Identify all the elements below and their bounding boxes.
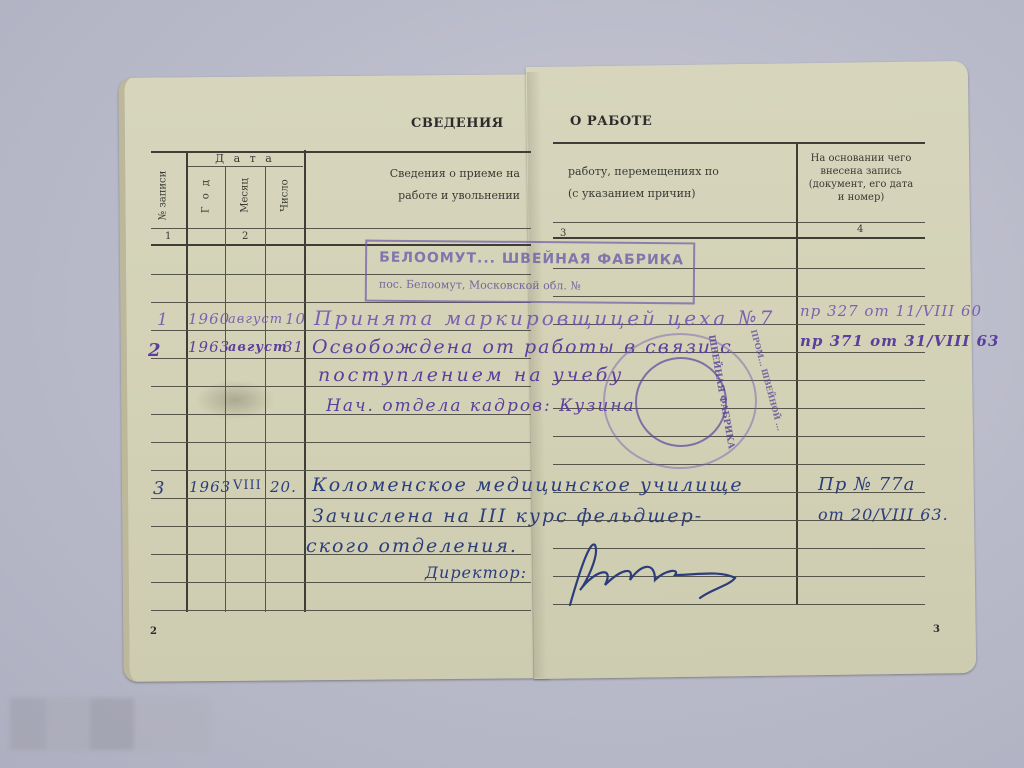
colnum-2: 2 [242,231,248,242]
header-col4-line1: На основании чего [797,152,925,165]
entry-3-basis-line2: от 20/VIII 63. [818,505,949,524]
header-month: Месяц [240,166,251,226]
entry-1-month: август [228,312,283,327]
header-col3-left-line1: Сведения о приеме на [320,166,520,182]
header-record-no: № записи [158,166,169,226]
col-divider-year [225,167,226,612]
entry-3-year: 1963 [189,478,231,496]
entry-2-year: 1963 [188,338,230,356]
row-rule [151,442,531,443]
colnum-4: 4 [857,224,863,235]
row-rule [151,582,531,583]
heading-svedeniya: СВЕДЕНИЯ [411,116,504,131]
entry-1-no: 1 [157,310,169,330]
colnum-3: 3 [560,228,566,239]
page-number-left: 2 [150,626,157,637]
colnum-bottom-rule-right [553,237,925,239]
entry-2-basis: пр 371 от 31/VIII 63 [800,332,999,350]
row-rule [151,610,531,611]
row-rule [553,464,925,465]
entry-2-text-line3: Нач. отдела кадров: Кузина [326,396,636,416]
entry-2-month: август [228,340,288,355]
entry-2-text-line2: поступлением на учебу [318,364,624,386]
entry-3-month: VIII [233,478,262,493]
entry-3-day: 20. [270,478,297,496]
rectangular-stamp: БЕЛООМУТ... ШВЕЙНАЯ ФАБРИКА пос. Белоому… [365,240,696,305]
entry-3-text-line2: Зачислена на III курс фельдшер- [312,505,703,527]
row-rule [151,330,531,331]
table-top-rule-right [553,142,925,144]
blurred-watermark [10,698,210,750]
header-day: Число [280,166,291,226]
row-rule [151,358,531,359]
header-col3-right-line1: работу, перемещениях по [568,164,768,180]
header-col4-line4: и номер) [797,191,925,204]
stamp-line2: пос. Белоомут, Московской обл. № [379,278,581,293]
col-divider-1 [186,152,188,612]
row-rule [151,498,531,499]
colnum-1: 1 [165,231,171,242]
entry-2-no: 2 [148,340,162,361]
header-year: Г о д [201,166,212,226]
stamp-line1: БЕЛООМУТ... ШВЕЙНАЯ ФАБРИКА [379,250,684,269]
entry-3-no: 3 [153,478,165,499]
entry-1-year: 1960 [188,310,230,328]
entry-1-text: Принята маркировщицей цеха №7 [314,306,775,330]
director-signature [560,530,750,610]
entry-1-basis: пр 327 от 11/VIII 60 [800,302,982,320]
page-number-right: 3 [933,624,940,635]
entry-3-text-line1: Коломенское медицинское училище [312,474,744,496]
round-stamp: ШВЕЙНАЯ ФАБРИКА ПРОМ... ШВЕЙНОЙ ... [603,333,757,469]
header-bottom-rule-right [553,222,925,223]
row-rule [151,386,531,387]
entry-1-day: 10 [285,310,306,328]
header-col3-right-line2: (с указанием причин) [568,186,768,202]
entry-2-day: 31 [283,338,304,356]
header-col3-left-line2: работе и увольнении [320,188,520,204]
entry-3-basis-line1: Пр № 77а [818,474,915,495]
header-bottom-rule-left [151,228,531,229]
entry-3-text-line3: ского отделения. [306,535,518,557]
col-divider-month [265,167,266,612]
col-divider-4 [796,142,798,604]
header-col4-line2: внесена запись [797,165,925,178]
row-rule [151,470,531,471]
header-col4-line3: (документ, его дата [797,178,925,191]
entry-3-text-line4: Директор: [425,563,527,582]
heading-o-rabote: О РАБОТЕ [570,114,652,129]
